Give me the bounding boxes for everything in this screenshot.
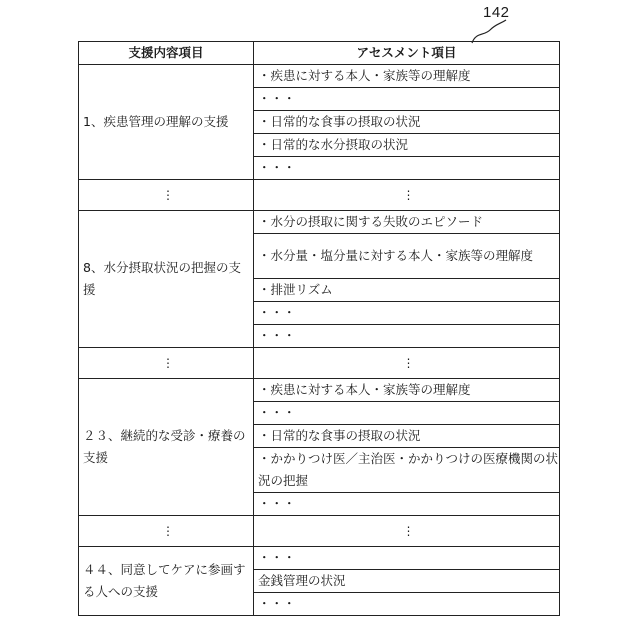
ellipsis-row: ⋮ ⋮ bbox=[79, 180, 560, 211]
assessment-cell: ・日常的な水分摂取の状況 bbox=[254, 134, 560, 157]
assessment-cell: 金銭管理の状況 bbox=[254, 570, 560, 593]
assessment-cell: ・水分量・塩分量に対する本人・家族等の理解度 bbox=[254, 234, 560, 279]
ellipsis-cell: ⋮ bbox=[254, 180, 560, 211]
assessment-cell: ・・・ bbox=[254, 402, 560, 425]
table-row: ２３、継続的な受診・療養の支援 ・疾患に対する本人・家族等の理解度 bbox=[79, 379, 560, 402]
assessment-cell: ・日常的な食事の摂取の状況 bbox=[254, 111, 560, 134]
table-row: ４４、同意してケアに参画する人への支援 ・・・ bbox=[79, 547, 560, 570]
header-support-item: 支援内容項目 bbox=[79, 42, 254, 65]
vertical-ellipsis-icon: ⋮ bbox=[403, 361, 415, 366]
vertical-ellipsis-icon: ⋮ bbox=[162, 529, 174, 534]
table-row: 1、疾患管理の理解の支援 ・疾患に対する本人・家族等の理解度 bbox=[79, 65, 560, 88]
assessment-cell: ・・・ bbox=[254, 325, 560, 348]
assessment-cell: ・水分の摂取に関する失敗のエピソード bbox=[254, 211, 560, 234]
assessment-cell: ・日常的な食事の摂取の状況 bbox=[254, 425, 560, 448]
assessment-cell: ・・・ bbox=[254, 157, 560, 180]
table-row: 8、水分摂取状況の把握の支援 ・水分の摂取に関する失敗のエピソード bbox=[79, 211, 560, 234]
ellipsis-row: ⋮ ⋮ bbox=[79, 348, 560, 379]
vertical-ellipsis-icon: ⋮ bbox=[403, 529, 415, 534]
ellipsis-cell: ⋮ bbox=[79, 516, 254, 547]
ellipsis-cell: ⋮ bbox=[254, 516, 560, 547]
support-item-cell: 8、水分摂取状況の把握の支援 bbox=[79, 211, 254, 348]
support-item-cell: 1、疾患管理の理解の支援 bbox=[79, 65, 254, 180]
vertical-ellipsis-icon: ⋮ bbox=[162, 193, 174, 198]
assessment-cell: ・・・ bbox=[254, 593, 560, 616]
assessment-table: 支援内容項目 アセスメント項目 1、疾患管理の理解の支援 ・疾患に対する本人・家… bbox=[78, 41, 560, 616]
ellipsis-cell: ⋮ bbox=[254, 348, 560, 379]
assessment-cell: ・・・ bbox=[254, 493, 560, 516]
ellipsis-cell: ⋮ bbox=[79, 180, 254, 211]
header-row: 支援内容項目 アセスメント項目 bbox=[79, 42, 560, 65]
support-item-cell: ４４、同意してケアに参画する人への支援 bbox=[79, 547, 254, 616]
ellipsis-cell: ⋮ bbox=[79, 348, 254, 379]
assessment-cell: ・疾患に対する本人・家族等の理解度 bbox=[254, 379, 560, 402]
assessment-cell: ・・・ bbox=[254, 88, 560, 111]
assessment-cell: ・排泄リズム bbox=[254, 279, 560, 302]
assessment-cell: ・疾患に対する本人・家族等の理解度 bbox=[254, 65, 560, 88]
support-item-cell: ２３、継続的な受診・療養の支援 bbox=[79, 379, 254, 516]
vertical-ellipsis-icon: ⋮ bbox=[162, 361, 174, 366]
ellipsis-row: ⋮ ⋮ bbox=[79, 516, 560, 547]
header-assessment-item: アセスメント項目 bbox=[254, 42, 560, 65]
assessment-cell: ・かかりつけ医／主治医・かかりつけの医療機関の状況の把握 bbox=[254, 448, 560, 493]
vertical-ellipsis-icon: ⋮ bbox=[403, 193, 415, 198]
assessment-cell: ・・・ bbox=[254, 302, 560, 325]
assessment-cell: ・・・ bbox=[254, 547, 560, 570]
